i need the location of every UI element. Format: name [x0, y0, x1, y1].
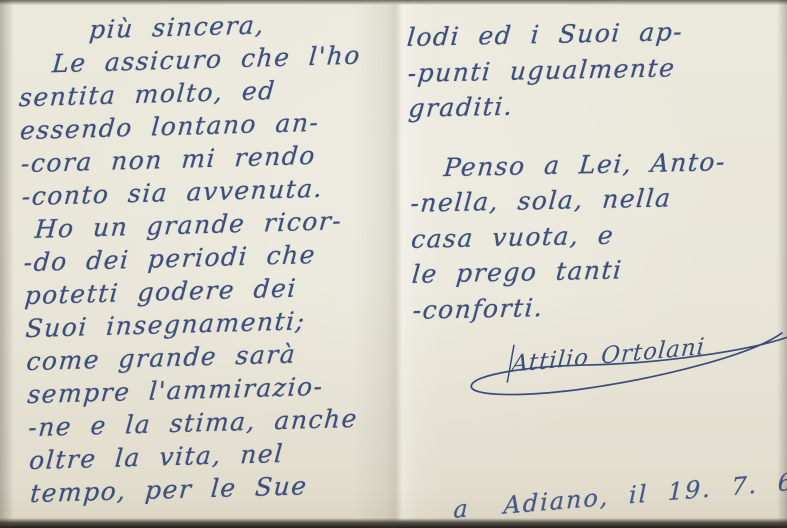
- scan-edge-bottom: [0, 518, 787, 528]
- scan-edge-left: [0, 0, 14, 528]
- signature-block: Attilio Ortolani: [451, 312, 787, 415]
- dateline: aAdiano, il 19. 7. 60: [453, 467, 787, 524]
- letter-scan: più sincera, Le assicuro che l'ho sentit…: [0, 0, 787, 528]
- scan-edge-top: [0, 0, 787, 5]
- handwritten-line: graditi.: [407, 83, 782, 126]
- dateline-place-date: Adiano, il 19. 7. 60: [503, 466, 787, 520]
- letter-page-right: lodi ed i Suoi ap- -punti ugualmente gra…: [405, 12, 783, 328]
- scan-edge-right: [777, 0, 787, 528]
- letter-page-left: più sincera, Le assicuro che l'ho sentit…: [15, 5, 401, 510]
